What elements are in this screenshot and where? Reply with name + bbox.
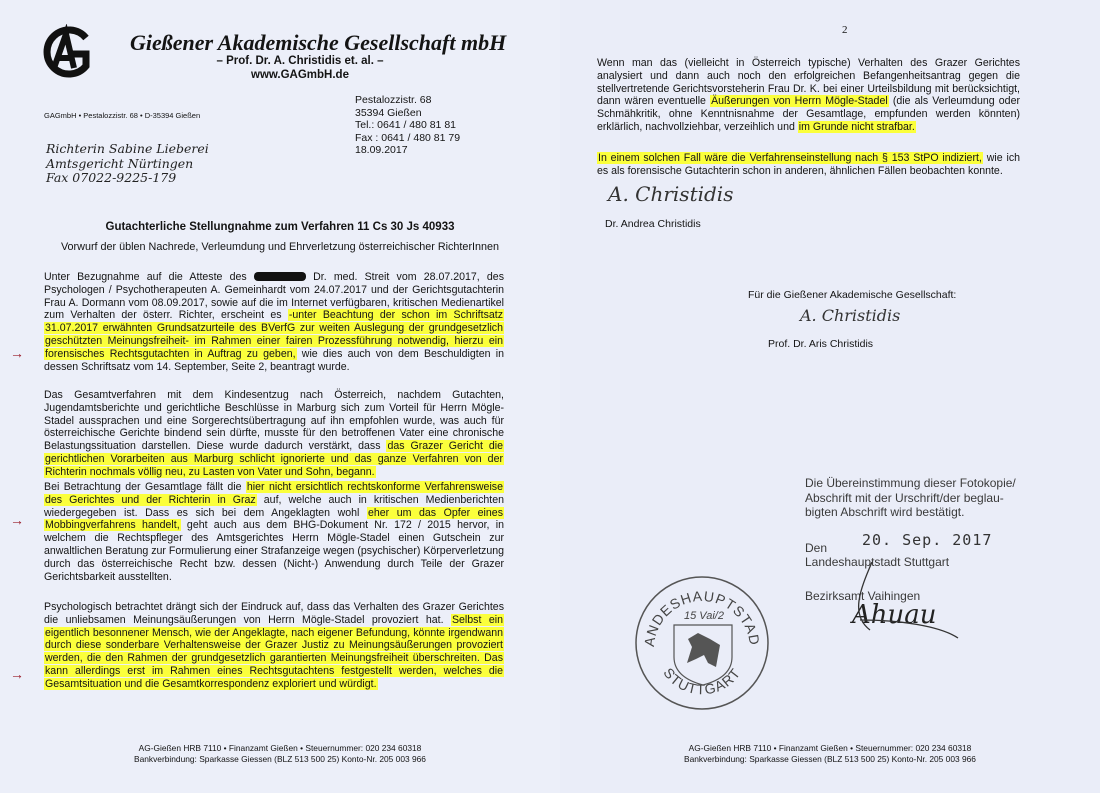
signature-stroke — [840, 560, 960, 640]
paragraph: Wenn man das (vielleicht in Österreich t… — [597, 57, 1020, 134]
highlighted-text: im Grunde nicht strafbar. — [798, 121, 916, 133]
signature-scribble: A. Christidis — [608, 182, 733, 206]
footer-registry: AG-Gießen HRB 7110 • Finanzamt Gießen • … — [0, 743, 560, 754]
margin-arrow-icon: → — [10, 666, 24, 682]
text-segment: Bei Betrachtung der Gesamtlage fällt die — [44, 481, 246, 493]
stamp-line: Abschrift mit der Urschrift/der beglau- — [805, 491, 1016, 506]
paragraph: Psychologisch betrachtet drängt sich der… — [44, 601, 504, 691]
official-seal-icon: LANDESHAUPTSTADT STUTTGART 15 Vai/2 — [632, 573, 772, 713]
document-subtitle: Vorwurf der üblen Nachrede, Verleumdung … — [40, 241, 520, 253]
address-city: 35394 Gießen — [355, 107, 460, 120]
seal-bottom-text: STUTTGART — [660, 665, 743, 698]
page-number: 2 — [842, 24, 848, 36]
gag-logo-icon — [40, 24, 96, 80]
seal-code: 15 Vai/2 — [684, 610, 724, 622]
margin-arrow-icon: → — [10, 512, 24, 528]
firm-website: www.GAGmbH.de — [200, 69, 400, 81]
footer-bank: Bankverbindung: Sparkasse Giessen (BLZ 5… — [0, 754, 560, 765]
stamp-date: 20. Sep. 2017 — [862, 531, 992, 549]
paragraph: Unter Bezugnahme auf die Atteste des Dr.… — [44, 271, 504, 373]
sender-line: GAGmbH • Pestalozzistr. 68 • D-35394 Gie… — [44, 111, 200, 120]
paragraph: Bei Betrachtung der Gesamtlage fällt die… — [44, 481, 504, 583]
page-footer: AG-Gießen HRB 7110 • Finanzamt Gießen • … — [0, 743, 560, 765]
text-segment: Psychologisch betrachtet drängt sich der… — [44, 601, 504, 626]
on-behalf-line: Für die Gießener Akademische Gesellschaf… — [748, 289, 956, 301]
stamp-line: Die Übereinstimmung dieser Fotokopie/ — [805, 476, 1016, 491]
address-street: Pestalozzistr. 68 — [355, 94, 460, 107]
recipient-line: Richterin Sabine Lieberei — [46, 142, 209, 157]
firm-name: Gießener Akademische Gesellschaft mbH — [130, 30, 506, 56]
recipient-line: Fax 07022-9225-179 — [46, 171, 209, 186]
document-title: Gutachterliche Stellungnahme zum Verfahr… — [40, 221, 520, 233]
letter-page-1: Gießener Akademische Gesellschaft mbH – … — [0, 0, 560, 793]
recipient-line: Amtsgericht Nürtingen — [46, 157, 209, 172]
address-fax: Fax : 0641 / 480 81 79 — [355, 132, 460, 145]
footer-registry: AG-Gießen HRB 7110 • Finanzamt Gießen • … — [560, 743, 1100, 754]
margin-arrow-icon: → — [10, 345, 24, 361]
redaction-bar — [254, 272, 306, 281]
signature-scribble: A. Christidis — [800, 306, 900, 325]
signatory-name: Prof. Dr. Aris Christidis — [768, 338, 873, 350]
page-footer: AG-Gießen HRB 7110 • Finanzamt Gießen • … — [560, 743, 1100, 765]
signatory-name: Dr. Andrea Christidis — [605, 218, 701, 230]
firm-subtitle: – Prof. Dr. A. Christidis et. al. – — [200, 55, 400, 67]
paragraph: In einem solchen Fall wäre die Verfahren… — [597, 152, 1020, 178]
handwritten-recipient: Richterin Sabine Lieberei Amtsgericht Nü… — [46, 142, 209, 186]
svg-text:STUTTGART: STUTTGART — [660, 665, 743, 698]
highlighted-text: In einem solchen Fall wäre die Verfahren… — [597, 152, 983, 164]
letter-date: 18.09.2017 — [355, 144, 460, 157]
address-tel: Tel.: 0641 / 480 81 81 — [355, 119, 460, 132]
stamp-den-label: Den — [805, 541, 827, 556]
certification-stamp: Die Übereinstimmung dieser Fotokopie/ Ab… — [805, 476, 1016, 520]
highlighted-text: Äußerungen von Herrn Mögle-Stadel — [710, 95, 889, 107]
sender-address: Pestalozzistr. 68 35394 Gießen Tel.: 064… — [355, 94, 460, 157]
paragraph: Das Gesamtverfahren mit dem Kindesentzug… — [44, 389, 504, 479]
letter-page-2: 2 Wenn man das (vielleicht in Österreich… — [560, 0, 1100, 793]
footer-bank: Bankverbindung: Sparkasse Giessen (BLZ 5… — [560, 754, 1100, 765]
stamp-line: bigten Abschrift wird bestätigt. — [805, 505, 1016, 520]
text-segment: Unter Bezugnahme auf die Atteste des — [44, 271, 254, 283]
